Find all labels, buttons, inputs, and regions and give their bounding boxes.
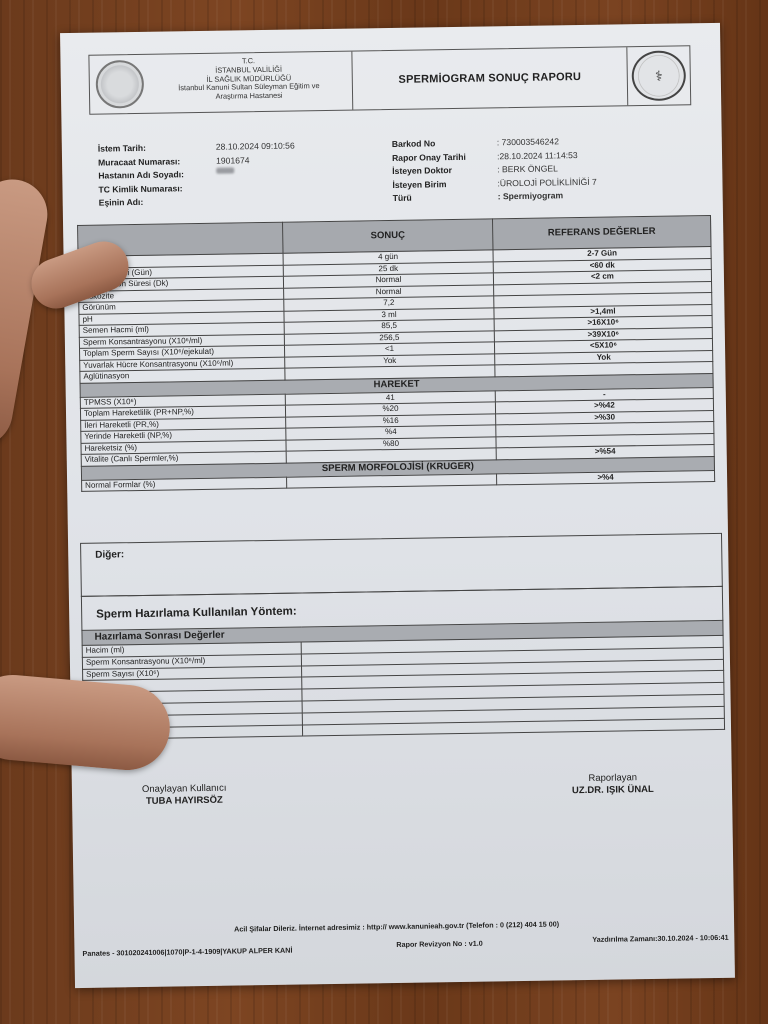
info-label: Türü [393,190,498,205]
cell-result [287,473,497,488]
info-value: 1901674 [216,154,250,168]
other-notes-label: Diğer: [95,540,721,561]
reporter-signature: Raporlayan UZ.DR. IŞIK ÜNAL [572,772,654,797]
report-title: SPERMİOGRAM SONUÇ RAPORU [352,47,627,109]
spermiogram-report-paper: T.C. İSTANBUL VALİLİĞİ İL SAĞLIK MÜDÜRLÜ… [60,23,735,988]
info-value: : BERK ÖNGEL [497,162,558,176]
patient-info-right: Barkod No: 730003546242 Rapor Onay Tarih… [392,135,597,206]
footer-system-info: Panates - 301020241006|1070|P-1-4-1909|Y… [82,946,292,958]
info-row: Eşinin Adı: [99,194,296,211]
institution-block: T.C. İSTANBUL VALİLİĞİ İL SAĞLIK MÜDÜRLÜ… [89,52,353,114]
ministry-of-health-emblem-icon: ⚕ [631,50,686,101]
info-value: 28.10.2024 09:10:56 [216,140,295,155]
emblem-block: ⚕ [626,46,690,105]
post-prep-table: Hazırlama Sonrası Değerler Hacim (ml)Spe… [81,620,725,740]
general-rows: 4 gün2-7 GünPerhiz Süresi (Gün)25 dk<60 … [78,246,713,382]
column-header-result: SONUÇ [283,219,493,253]
cell-reference: >%4 [497,470,715,485]
patient-info-left: İstem Tarih:28.10.2024 09:10:56 Muracaat… [98,140,296,211]
info-value: : 730003546242 [497,135,559,149]
approver-name: TUBA HAYIRSÖZ [142,795,227,808]
approver-signature: Onaylayan Kullanıcı TUBA HAYIRSÖZ [142,783,227,808]
info-value: :ÜROLOJİ POLİKLİNİĞİ 7 [497,175,597,190]
institution-name: T.C. İSTANBUL VALİLİĞİ İL SAĞLIK MÜDÜRLÜ… [149,56,348,103]
results-table: SONUÇ REFERANS DEĞERLER 4 gün2-7 GünPerh… [77,215,715,492]
report-header: T.C. İSTANBUL VALİLİĞİ İL SAĞLIK MÜDÜRLÜ… [88,45,691,114]
footer-print-time: Yazdırılma Zamanı:30.10.2024 - 10:06:41 [592,933,728,944]
info-row: Türü: Spermiyogram [393,189,598,206]
redacted-patient-name [216,167,234,173]
reporter-name: UZ.DR. IŞIK ÜNAL [572,784,654,797]
state-seal-icon [95,60,144,109]
info-label: Eşinin Adı: [99,195,217,210]
footer-revision: Rapor Revizyon No : v1.0 [396,939,482,949]
thumb-finger [0,174,53,452]
column-header-reference: REFERANS DEĞERLER [493,215,711,249]
footer-message: Acil Şifalar Dileriz. İnternet adresimiz… [234,919,559,933]
cell-param: Normal Formlar (%) [82,477,287,492]
info-value: : Spermiyogram [498,189,564,204]
motility-rows: TPMSS (X10⁶)41-Toplam Hareketlilik (PR+N… [80,387,714,466]
method-label: Sperm Hazırlama Kullanılan Yöntem: [96,599,722,621]
post-prep-rows: Hacim (ml)Sperm Konsantrasyonu (X10⁶/ml)… [82,635,724,739]
info-value: :28.10.2024 11:14:53 [497,149,578,164]
